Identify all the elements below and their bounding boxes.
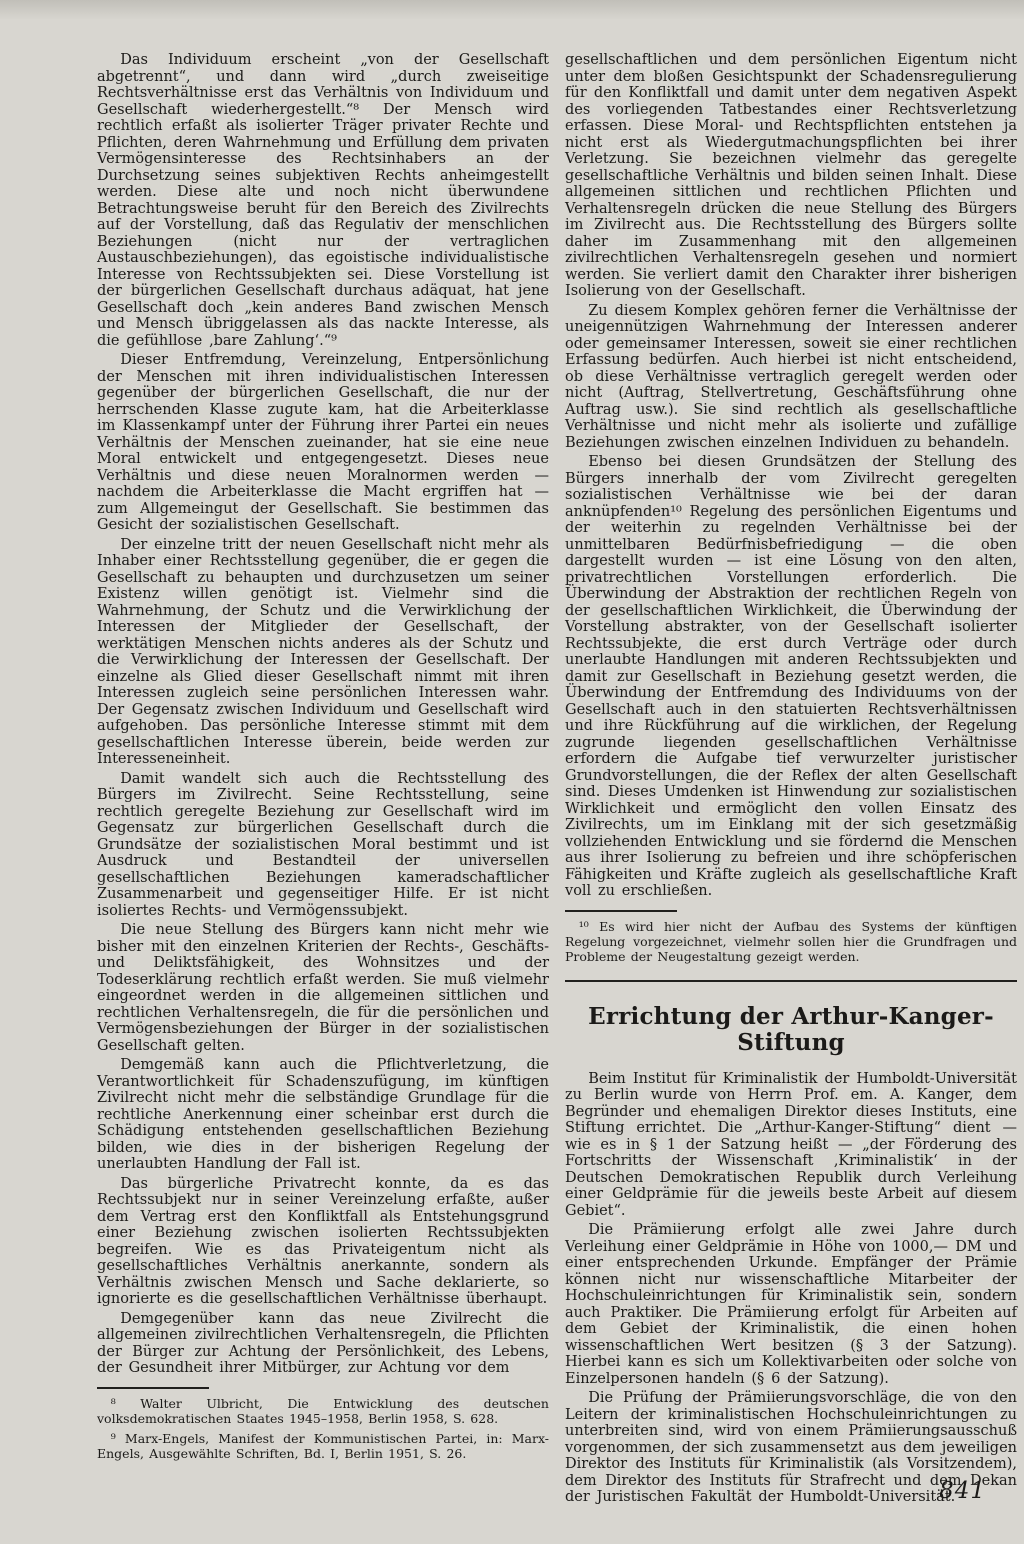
paragraph-continuation: gesellschaftlichen und dem persönlichen … [565, 52, 1017, 300]
document-page: Das Individuum erscheint „von der Gesell… [0, 0, 1024, 1544]
paragraph: Das bürgerliche Privatrecht konnte, da e… [97, 1176, 549, 1308]
paragraph: Demgegenüber kann das neue Zivilrecht di… [97, 1311, 549, 1377]
footnote-separator [97, 1387, 209, 1389]
paragraph: Dieser Entfremdung, Vereinzelung, Entper… [97, 352, 549, 534]
footnote-10: ¹⁰ Es wird hier nicht der Aufbau des Sys… [565, 919, 1017, 964]
paragraph: Demgemäß kann auch die Pflichtverletzung… [97, 1057, 549, 1173]
footnote-8: ⁸ Walter Ulbricht, Die Entwicklung des d… [97, 1396, 549, 1426]
paragraph: Das Individuum erscheint „von der Gesell… [97, 52, 549, 349]
paragraph: Beim Institut für Kriminalistik der Humb… [565, 1071, 1017, 1220]
footnote-9: ⁹ Marx-Engels, Manifest der Kommunistisc… [97, 1431, 549, 1461]
paragraph: Die Prämiierung erfolgt alle zwei Jahre … [565, 1222, 1017, 1387]
right-column: gesellschaftlichen und dem persönlichen … [565, 52, 1017, 1509]
section-divider [565, 980, 1017, 982]
left-column: Das Individuum erscheint „von der Gesell… [97, 52, 549, 1466]
paragraph: Ebenso bei diesen Grundsätzen der Stellu… [565, 454, 1017, 900]
paragraph: Damit wandelt sich auch die Rechtsstellu… [97, 771, 549, 920]
footnote-separator [565, 910, 677, 912]
section-heading: Errichtung der Arthur-Kanger-Stiftung [565, 1004, 1017, 1056]
paragraph: Die neue Stellung des Bürgers kann nicht… [97, 922, 549, 1054]
page-number: 841 [939, 1478, 986, 1504]
paragraph: Der einzelne tritt der neuen Gesellschaf… [97, 537, 549, 768]
paragraph: Zu diesem Komplex gehören ferner die Ver… [565, 303, 1017, 452]
